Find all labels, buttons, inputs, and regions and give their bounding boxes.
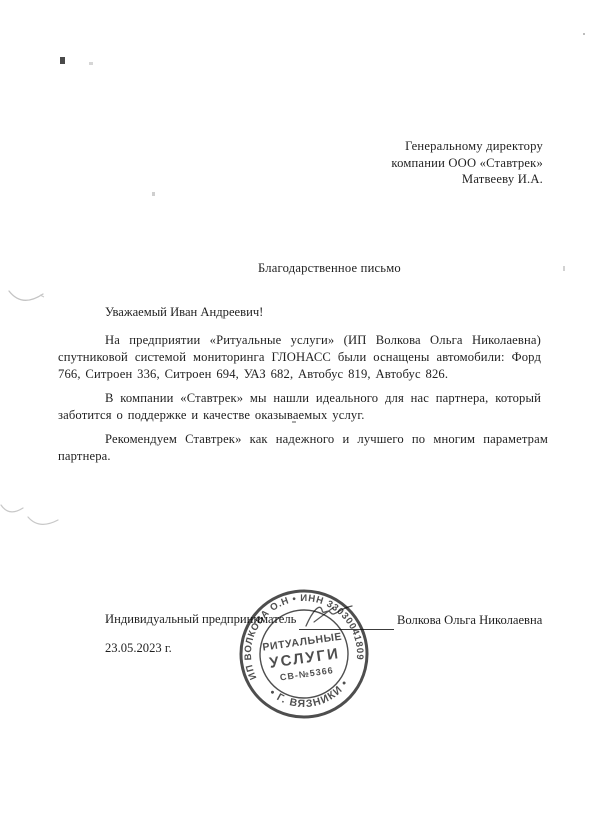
letter-date: 23.05.2023 г.	[105, 641, 172, 656]
round-stamp: ИП ВОЛКОВА О.Н • ИНН 33030041809 • Г. ВЯ…	[219, 569, 388, 738]
body-paragraph-1: На предприятии «Ритуальные услуги» (ИП В…	[58, 332, 541, 383]
stamp-city-label: • Г. ВЯЗНИКИ •	[266, 676, 354, 715]
scan-speck	[152, 192, 155, 196]
pencil-mark	[26, 512, 62, 534]
addressee-line: компании ООО «Ставтрек»	[391, 155, 543, 172]
scan-speck	[60, 57, 65, 64]
addressee-block: Генеральному директору компании ООО «Ста…	[391, 138, 543, 188]
scan-speck	[89, 62, 93, 65]
scan-speck	[583, 33, 585, 35]
body-paragraph-3: Рекомендуем Ставтрек» как надежного и лу…	[58, 431, 548, 465]
letter-page: Генеральному директору компании ООО «Ста…	[0, 0, 595, 818]
letter-title: Благодарственное письмо	[58, 261, 595, 276]
greeting-line: Уважаемый Иван Андреевич!	[105, 305, 263, 320]
stamp-ink-group: ИП ВОЛКОВА О.Н • ИНН 33030041809 • Г. ВЯ…	[233, 583, 375, 725]
pencil-mark	[0, 500, 26, 522]
addressee-line: Матвееву И.А.	[391, 171, 543, 188]
signatory-name: Волкова Ольга Николаевна	[397, 613, 542, 628]
addressee-line: Генеральному директору	[391, 138, 543, 155]
pencil-mark	[6, 282, 48, 310]
body-paragraph-2: В компании «Ставтрек» мы нашли идеальног…	[58, 390, 541, 424]
